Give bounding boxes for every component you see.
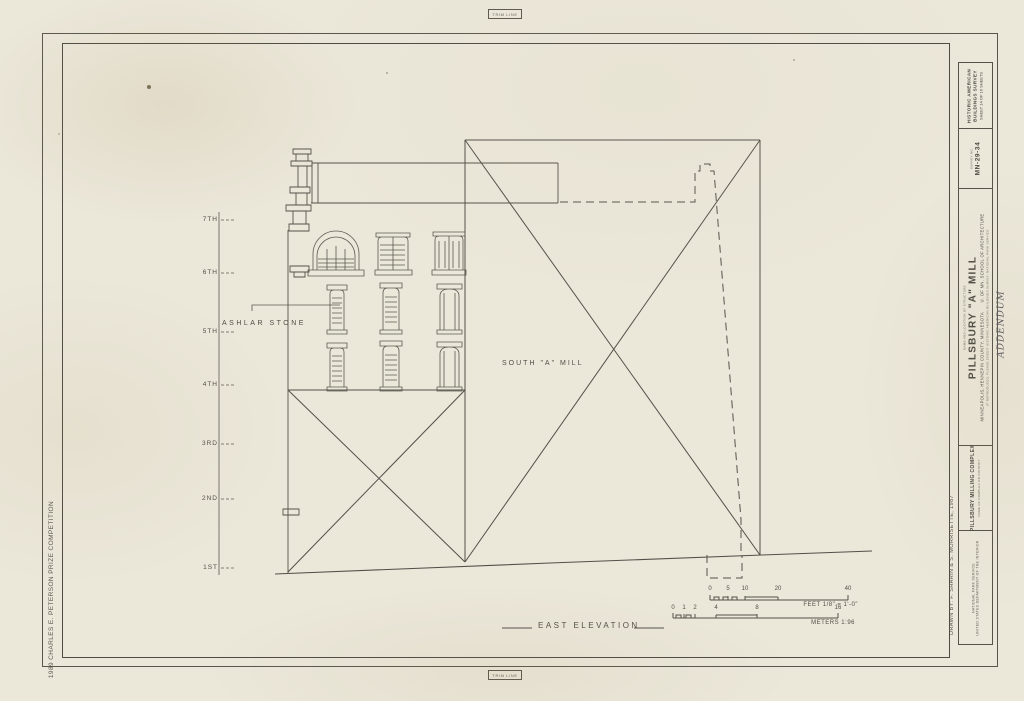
feet-scale-bar [710,595,848,600]
floor-reference-line [219,212,235,575]
feet-tick-40: 40 [842,586,854,592]
feet-scale-label: FEET 1/8" = 1'-0" [790,602,858,608]
title-block-name-section: NAME AND LOCATION OF STRUCTURE PILLSBURY… [959,189,992,446]
elevation-drawing-linework [0,0,1024,701]
competition-note-text: 1989 CHARLES E. PETERSON PRIZE COMPETITI… [49,500,56,677]
addendum-note-text: ADDENDUM [997,290,1007,357]
meters-tick-8: 8 [751,605,763,611]
floor-label-6th: 6TH [194,269,218,276]
structure-location-row: MINNEAPOLIS, HENNEPIN COUNTY, MINNESOTA … [979,209,985,425]
feet-tick-10: 10 [739,586,751,592]
meters-scale-label: METERS 1:96 [795,620,855,626]
survey-no: MN-29-34 [973,142,982,176]
complex-fine-print: NAME OF COMPLEX OR DISTRICT [978,445,982,531]
meters-tick-16: 16 [832,605,844,611]
habs-sheet-scan: { "page": { "trim_line": "TRIM LINE" }, … [0,0,1024,701]
drawn-by-credit: DRAWN BY: F. SHARIN & S. MORRISETTE, 198… [946,470,958,660]
fine-print: IF REPRODUCED, PLEASE CREDIT HISTORIC AM… [985,209,989,425]
building-label: SOUTH "A" MILL [502,360,584,367]
feet-tick-5: 5 [722,586,734,592]
title-block-agency-section: HISTORIC AMERICAN BUILDINGS SURVEY SHEET… [959,63,992,129]
facade-windows [308,231,466,391]
floor-label-1st: 1ST [194,564,218,571]
material-note: ASHLAR STONE [222,320,306,327]
hidden-structure-dashed-outline [560,164,742,578]
sheet-info: SHEET 14 OF 16 SHEETS [979,68,985,123]
title-block-nps-section: NATIONAL PARK SERVICE UNITED STATES DEPA… [959,531,992,644]
title-block-survey-section: SURVEY NO. MN-29-34 [959,129,992,189]
meters-tick-2: 2 [689,605,701,611]
feet-tick-0: 0 [704,586,716,592]
drawn-by-text: DRAWN BY: F. SHARIN & S. MORRISETTE, 198… [949,495,955,635]
paper-speck [58,133,60,135]
paper-speck [386,72,388,74]
name-caption: NAME AND LOCATION OF STRUCTURE [962,209,966,425]
view-title: EAST ELEVATION [538,621,640,630]
foreground-building-outline [288,390,465,572]
floor-label-7th: 7TH [194,216,218,223]
paper-speck [793,59,795,61]
structure-location: MINNEAPOLIS, HENNEPIN COUNTY, MINNESOTA [979,311,984,421]
paper-speck [147,85,151,89]
structure-name: PILLSBURY "A" MILL [966,209,979,425]
floor-label-5th: 5TH [194,328,218,335]
meters-tick-4: 4 [710,605,722,611]
title-block-complex-section: PILLSBURY MILLING COMPLEX NAME OF COMPLE… [959,446,992,531]
competition-note: 1989 CHARLES E. PETERSON PRIZE COMPETITI… [44,515,60,663]
floor-label-3rd: 3RD [194,440,218,447]
floor-label-2nd: 2ND [194,495,218,502]
floor-label-4th: 4TH [194,381,218,388]
ground-line [275,551,872,574]
meters-scale-bar [673,613,838,618]
addendum-note: ADDENDUM [992,292,1012,356]
feet-tick-20: 20 [772,586,784,592]
school-credit: U. OF MN. SCHOOL OF ARCHITECTURE [979,213,984,302]
nps-line2: UNITED STATES DEPARTMENT OF THE INTERIOR [976,540,980,635]
title-block: HISTORIC AMERICAN BUILDINGS SURVEY SHEET… [958,62,993,645]
ashlar-note-leader [252,305,340,311]
